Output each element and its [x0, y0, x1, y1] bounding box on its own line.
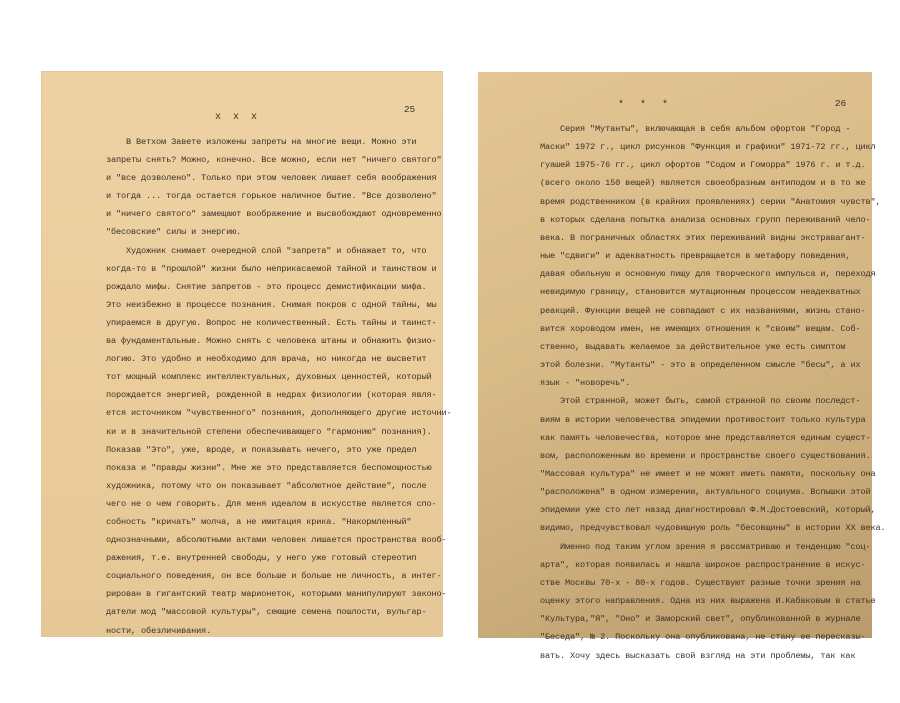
text-line: Серия "Мутанты", включающая в себя альбо…	[540, 120, 870, 138]
text-line: эпидемии уже сто лет назад диагностирова…	[540, 501, 870, 519]
text-line: художника, потому что он показывает "абс…	[106, 477, 434, 495]
text-line: давая обильную и основную пищу для творч…	[540, 265, 870, 283]
text-line: язык - "новоречь".	[540, 374, 870, 392]
text-line: время родственником (в крайних проявлени…	[540, 193, 870, 211]
text-line: Художник снимает очередной слой "запрета…	[106, 242, 434, 260]
text-line: ные "сдвиги" и адекватность превращается…	[540, 247, 870, 265]
text-line: чего не о чем говорить. Для меня идеалом…	[106, 495, 434, 513]
text-line: ется источником "чувственного" познания,…	[106, 404, 434, 422]
section-separator: x x x	[215, 112, 260, 123]
text-line: стве Москвы 70-х - 80-х годов. Существую…	[540, 574, 870, 592]
text-line: "Массовая культура" не имеет и не может …	[540, 465, 870, 483]
text-line: невидимую границу, становится мутационны…	[540, 283, 870, 301]
text-line: логию. Это удобно и необходимо для врача…	[106, 350, 434, 368]
document-page-left: 25 x x x В Ветхом Завете изложены запрет…	[42, 72, 442, 636]
text-line: и "все дозволено". Только при этом челов…	[106, 169, 434, 187]
text-line: порождается энергией, рожденной в недрах…	[106, 386, 434, 404]
text-line: социального поведения, он все больше и б…	[106, 567, 434, 585]
text-line: В Ветхом Завете изложены запреты на мног…	[106, 133, 434, 151]
text-line: Этой странной, может быть, самой странно…	[540, 392, 870, 410]
text-line: запреты снять? Можно, конечно. Все можно…	[106, 151, 434, 169]
text-line: оценку этого направления. Одна из них вы…	[540, 592, 870, 610]
text-line: рирован в гигантский театр марионеток, к…	[106, 585, 434, 603]
text-line: этой болезни. "Мутанты" - это в определе…	[540, 356, 870, 374]
text-line: Маски" 1972 г., цикл рисунков "Функция и…	[540, 138, 870, 156]
page-number: 25	[404, 104, 415, 115]
text-line: упираемся в другую. Вопрос не количестве…	[106, 314, 434, 332]
page-number: 26	[835, 98, 846, 109]
text-line: видимо, предчувствовал чудовищную роль "…	[540, 519, 870, 537]
typewritten-body: Серия "Мутанты", включающая в себя альбо…	[540, 120, 870, 665]
text-line: реакций. Функции вещей не совпадают с их…	[540, 302, 870, 320]
text-line: ва фундаментальные. Можно снять с челове…	[106, 332, 434, 350]
text-line: вать. Хочу здесь высказать свой взгляд н…	[540, 647, 870, 665]
text-line: Показав "Это", уже, вроде, и показывать …	[106, 441, 434, 459]
text-line: показа и "правды жизни". Мне же это пред…	[106, 459, 434, 477]
text-line: вом, расположенным во времени и простран…	[540, 447, 870, 465]
text-line: "расположена" в одном измерении, актуаль…	[540, 483, 870, 501]
text-line: Именно под таким углом зрения я рассматр…	[540, 538, 870, 556]
text-line: "Беседа", № 2. Поскольку она опубликован…	[540, 628, 870, 646]
text-line: тот мощный комплекс интеллектуальных, ду…	[106, 368, 434, 386]
text-line: и тогда ... тогда остается горькое налич…	[106, 187, 434, 205]
text-line: ражения, т.е. внутренней свободы, у него…	[106, 549, 434, 567]
text-line: Это неизбежно в процессе познания. Снима…	[106, 296, 434, 314]
text-line: собность "кричать" молча, а не имитация …	[106, 513, 434, 531]
text-line: (всего около 150 вещей) является своеобр…	[540, 174, 870, 192]
text-line: гуашей 1975-76 гг., цикл офортов "Содом …	[540, 156, 870, 174]
text-line: как память человечества, которое мне пре…	[540, 429, 870, 447]
text-line: "Культура,"Я", "Оно" и Заморский свет", …	[540, 610, 870, 628]
text-line: в которых сделана попытка анализа основн…	[540, 211, 870, 229]
text-line: ности, обезличивания.	[106, 622, 434, 640]
text-line: рождало мифы. Снятие запретов - это проц…	[106, 278, 434, 296]
typewritten-body: В Ветхом Завете изложены запреты на мног…	[106, 133, 434, 640]
text-line: когда-то в "прошлой" жизни было неприкас…	[106, 260, 434, 278]
text-line: ственно, выдавать желаемое за действител…	[540, 338, 870, 356]
text-line: "бесовские" силы и энергию.	[106, 223, 434, 241]
text-line: виям в истории человечества эпидемии про…	[540, 411, 870, 429]
text-line: и "ничего святого" замещают воображение …	[106, 205, 434, 223]
text-line: однозначными, абсолютными актами человек…	[106, 531, 434, 549]
document-page-right: 26 * * * Серия "Мутанты", включающая в с…	[478, 72, 872, 638]
section-separator: * * *	[618, 100, 673, 111]
text-line: датели мод "массовой культуры", сеющие с…	[106, 603, 434, 621]
text-line: ки и в значительной степени обеспечивающ…	[106, 423, 434, 441]
text-line: вится хороводом имен, не имеющих отношен…	[540, 320, 870, 338]
text-line: арта", которая появилась и нашла широкое…	[540, 556, 870, 574]
text-line: века. В пограничных областях этих пережи…	[540, 229, 870, 247]
